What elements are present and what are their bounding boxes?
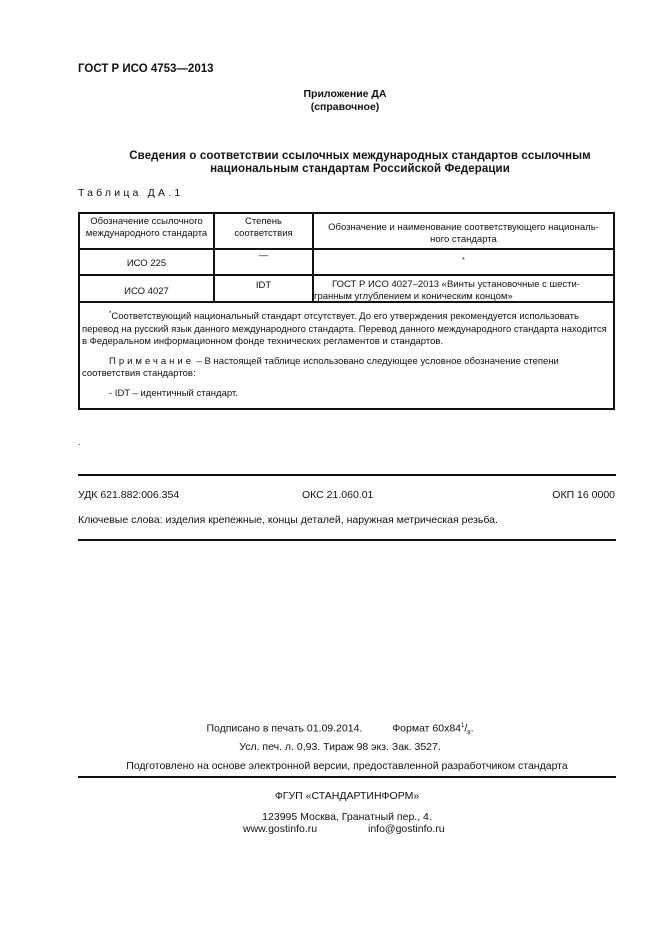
table-row-2-reference: ИСО 4027 [80,286,213,298]
header-line: ного стандарта [314,234,613,246]
signed-date: Подписано в печать 01.09.2014. [206,723,362,735]
header-degree: Степень соответствия [215,216,312,240]
header-line: Степень [215,216,312,228]
format-suffix: . [471,723,474,735]
format-sup: 1 [461,723,464,729]
header-line: международного стандарта [80,228,213,240]
section-title-line-2: национальным стандартам Российской Федер… [60,163,660,176]
rule-top [78,474,616,476]
publisher-email: info@gostinfo.ru [368,823,445,836]
table-row-2-national: ГОСТ Р ИСО 4027–2013 «Винты установочные… [314,279,613,303]
table-border-top [78,212,615,214]
note-item: - IDT – идентичный стандарт. [82,388,614,401]
appendix-heading: Приложение ДА (справочное) [0,88,662,114]
header-reference-standard: Обозначение ссылочного международного ст… [80,216,213,240]
note: Примечание – В настоящей таблице использ… [82,356,614,381]
footnote-text: Соответствующий национальный стандарт от… [82,311,607,347]
publisher-address: 123995 Москва, Гранатный пер., 4. [78,811,616,824]
header-national-standard: Обозначение и наименование соответствующ… [314,222,613,246]
table-row-1-national: * [314,255,613,267]
prepared-note: Подготовлено на основе электронной верси… [78,760,616,773]
table-divider [78,248,615,250]
udk-code: УДК 621.882:006.354 [78,489,179,501]
table-row-1-degree: — [215,250,312,262]
rule-bottom [78,539,616,541]
document-id-header: ГОСТ Р ИСО 4753—2013 [78,63,214,75]
imprint-details: Подписано в печать 01.09.2014. Формат 60… [150,720,530,754]
appendix-title: Приложение ДА [0,88,662,101]
header-line: Обозначение ссылочного [80,216,213,228]
okp-code: ОКП 16 0000 [540,489,615,501]
national-line: ГОСТ Р ИСО 4027–2013 «Винты установочные… [318,279,613,291]
publisher-name: ФГУП «СТАНДАРТИНФОРМ» [78,790,616,803]
correspondence-table: Обозначение ссылочного международного ст… [78,212,615,410]
section-title: Сведения о соответствии ссылочных междун… [60,150,660,176]
national-line: гранным углублением и коническим концом» [314,291,613,303]
table-label: Таблица ДА.1 [78,187,183,199]
table-notes: *Соответствующий национальный стандарт о… [82,308,614,407]
rule-imprint [78,776,616,778]
table-divider [78,274,615,276]
stray-mark: . [78,437,81,447]
section-title-line-1: Сведения о соответствии ссылочных междун… [60,150,660,163]
header-line: Обозначение и наименование соответствующ… [314,222,613,234]
keywords: Ключевые слова: изделия крепежные, концы… [78,514,498,526]
table-row-1-reference: ИСО 225 [80,258,213,270]
table-border-bottom [78,408,615,410]
table-row-2-degree: IDT [215,280,312,292]
imprint-line-2: Усл. печ. л. 0,93. Тираж 98 экз. Зак. 35… [150,741,530,754]
footnote: *Соответствующий национальный стандарт о… [82,308,614,349]
imprint-line-1: Подписано в печать 01.09.2014. Формат 60… [150,720,530,741]
oks-code: ОКС 21.060.01 [302,489,373,501]
note-label: Примечание [109,356,194,367]
table-border-left [78,212,80,410]
format-label: Формат 60x84 [392,723,461,735]
header-line: соответствия [215,228,312,240]
publisher-website: www.gostinfo.ru [243,823,317,836]
appendix-subtitle: (справочное) [0,101,662,114]
